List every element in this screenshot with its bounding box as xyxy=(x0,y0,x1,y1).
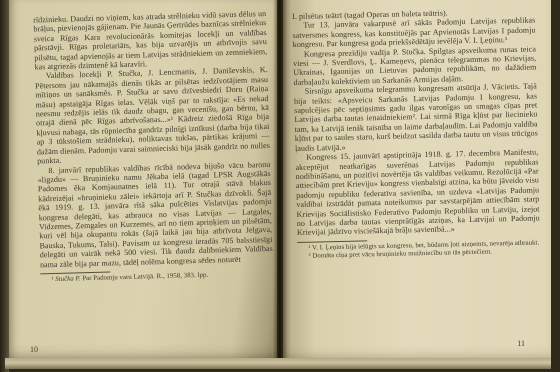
right-page-text: I. pilsētas teātrī (tagad Operas un bale… xyxy=(292,6,541,261)
footnote-divider xyxy=(297,240,367,243)
page-number: 11 xyxy=(517,339,525,348)
left-page-text: rīdzinieku. Daudzi no viņiem, kas atrada… xyxy=(33,9,273,285)
book-photo: rīdzinieku. Daudzi no viņiem, kas atrada… xyxy=(0,0,560,372)
paragraph: Sirsnīgu apsveikuma telegrammu kongresam… xyxy=(294,82,538,153)
book-cover-edge xyxy=(0,0,9,372)
page-edges xyxy=(5,358,551,369)
paragraph: 8. janvārī republikas valdības rīcībā no… xyxy=(37,159,273,269)
footnote-author: Stučka P. xyxy=(55,275,80,283)
page-number: 10 xyxy=(30,345,38,354)
right-page: I. pilsētas teātrī (tagad Operas un bale… xyxy=(283,0,551,361)
paragraph: Valdības locekļi P. Stučka, J. Lencmanis… xyxy=(35,65,271,166)
book-gutter xyxy=(273,0,287,366)
footnote-text: Par Padomju varu Latvijā. R., 1958, 383.… xyxy=(82,272,208,283)
left-page: rīdzinieku. Daudzi no viņiem, kas atrada… xyxy=(9,0,277,359)
footnote-marker: ¹ xyxy=(51,276,53,283)
paragraph: Kongress 15. jaunvārī apstiprināja 1918.… xyxy=(295,148,540,238)
paragraph: rīdzinieku. Daudzi no viņiem, kas atrada… xyxy=(33,9,267,72)
paragraph: Kongresa prezīdiju vadīja P. Stučka. Spi… xyxy=(293,44,537,87)
